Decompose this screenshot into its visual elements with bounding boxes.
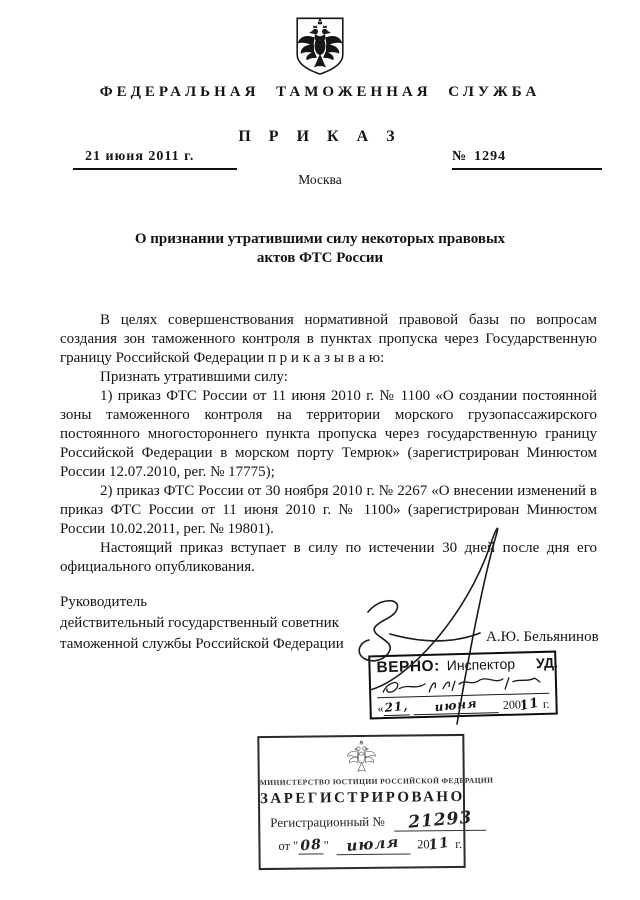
registration-date-line: от "08" июля 2011 г. (260, 834, 463, 856)
verno-handwritten-day: 21, (384, 699, 409, 715)
handwritten-reg-day: 08 (300, 837, 323, 855)
reg-year-suffix: г. (455, 837, 462, 851)
paragraph-entry-into-force: Настоящий приказ вступает в силу по исте… (60, 539, 597, 577)
verno-department: УД. (536, 655, 558, 672)
number-sign: № (452, 149, 466, 164)
signer-name: А.Ю. Бельянинов (486, 629, 599, 646)
ministry-name: МИНИСТЕРСТВО ЮСТИЦИИ РОССИЙСКОЙ ФЕДЕРАЦИ… (260, 776, 463, 787)
signature-block: Руководитель действительный государствен… (60, 592, 344, 655)
signer-position-line2: действительный государственный советник (60, 613, 344, 634)
order-title-line2: актов ФТС России (0, 249, 640, 268)
verno-handwritten-year: 11 (519, 695, 542, 714)
registration-number-field: 21293 (394, 810, 486, 832)
verno-day-field: 21, (383, 699, 409, 716)
ministry-registration-stamp: МИНИСТЕРСТВО ЮСТИЦИИ РОССИЙСКОЙ ФЕДЕРАЦИ… (257, 734, 465, 870)
verno-handwritten-signature (377, 673, 549, 698)
order-title: О признании утратившими силу некоторых п… (0, 230, 640, 268)
inspector-signature-scribble-icon (377, 673, 549, 697)
document-page: ФЕДЕРАЛЬНАЯ ТАМОЖЕННАЯ СЛУЖБА П Р И К А … (0, 0, 640, 900)
handwritten-registration-number: 21293 (407, 808, 473, 833)
paragraph-item-2: 2) приказ ФТС России от 30 ноября 2010 г… (60, 482, 597, 539)
verno-handwritten-month: июня (434, 696, 478, 714)
order-title-line1: О признании утратившими силу некоторых п… (0, 230, 640, 249)
city-label: Москва (0, 172, 640, 188)
reg-day-field: 08 (298, 838, 324, 854)
document-type-heading: П Р И К А З (0, 128, 640, 146)
verno-month-field: июня (413, 697, 499, 715)
registered-label: ЗАРЕГИСТРИРОВАНО (260, 789, 463, 808)
order-number: №1294 (452, 149, 602, 170)
handwritten-reg-month: июля (346, 833, 400, 855)
reg-month-field: июля (336, 834, 410, 855)
verno-role: Инспектор (447, 656, 516, 674)
signer-position-line1: Руководитель (60, 592, 344, 613)
verno-certification-stamp: ВЕРНО: Инспектор УД. « 21, июня 200 11 г… (368, 651, 558, 720)
order-date: 21 июня 2011 г. (73, 149, 237, 170)
organization-name: ФЕДЕРАЛЬНАЯ ТАМОЖЕННАЯ СЛУЖБА (0, 84, 640, 101)
registration-number-label: Регистрационный № (270, 814, 385, 830)
small-coat-of-arms-icon (344, 739, 378, 777)
reg-date-from: от (278, 839, 290, 853)
verno-date-line: « 21, июня 200 11 г. (377, 696, 549, 716)
order-body: В целях совершенствования нормативной пр… (60, 311, 597, 577)
reg-quote-close: " (324, 838, 329, 852)
registration-number-line: Регистрационный № 21293 (260, 810, 463, 833)
signer-position-line3: таможенной службы Российской Федерации (60, 634, 344, 655)
order-number-value: 1294 (474, 149, 506, 164)
order-date-text: 21 июня 2011 г. (85, 149, 194, 164)
paragraph-preamble: В целях совершенствования нормативной пр… (60, 311, 597, 368)
verno-year-suffix: г. (543, 697, 550, 712)
verno-label: ВЕРНО: (376, 658, 440, 678)
russia-coat-of-arms-icon (293, 16, 347, 77)
paragraph-item-1: 1) приказ ФТС России от 11 июня 2010 г. … (60, 387, 597, 482)
paragraph-resolution: Признать утратившими силу: (60, 368, 597, 387)
handwritten-reg-year: 11 (428, 835, 452, 854)
